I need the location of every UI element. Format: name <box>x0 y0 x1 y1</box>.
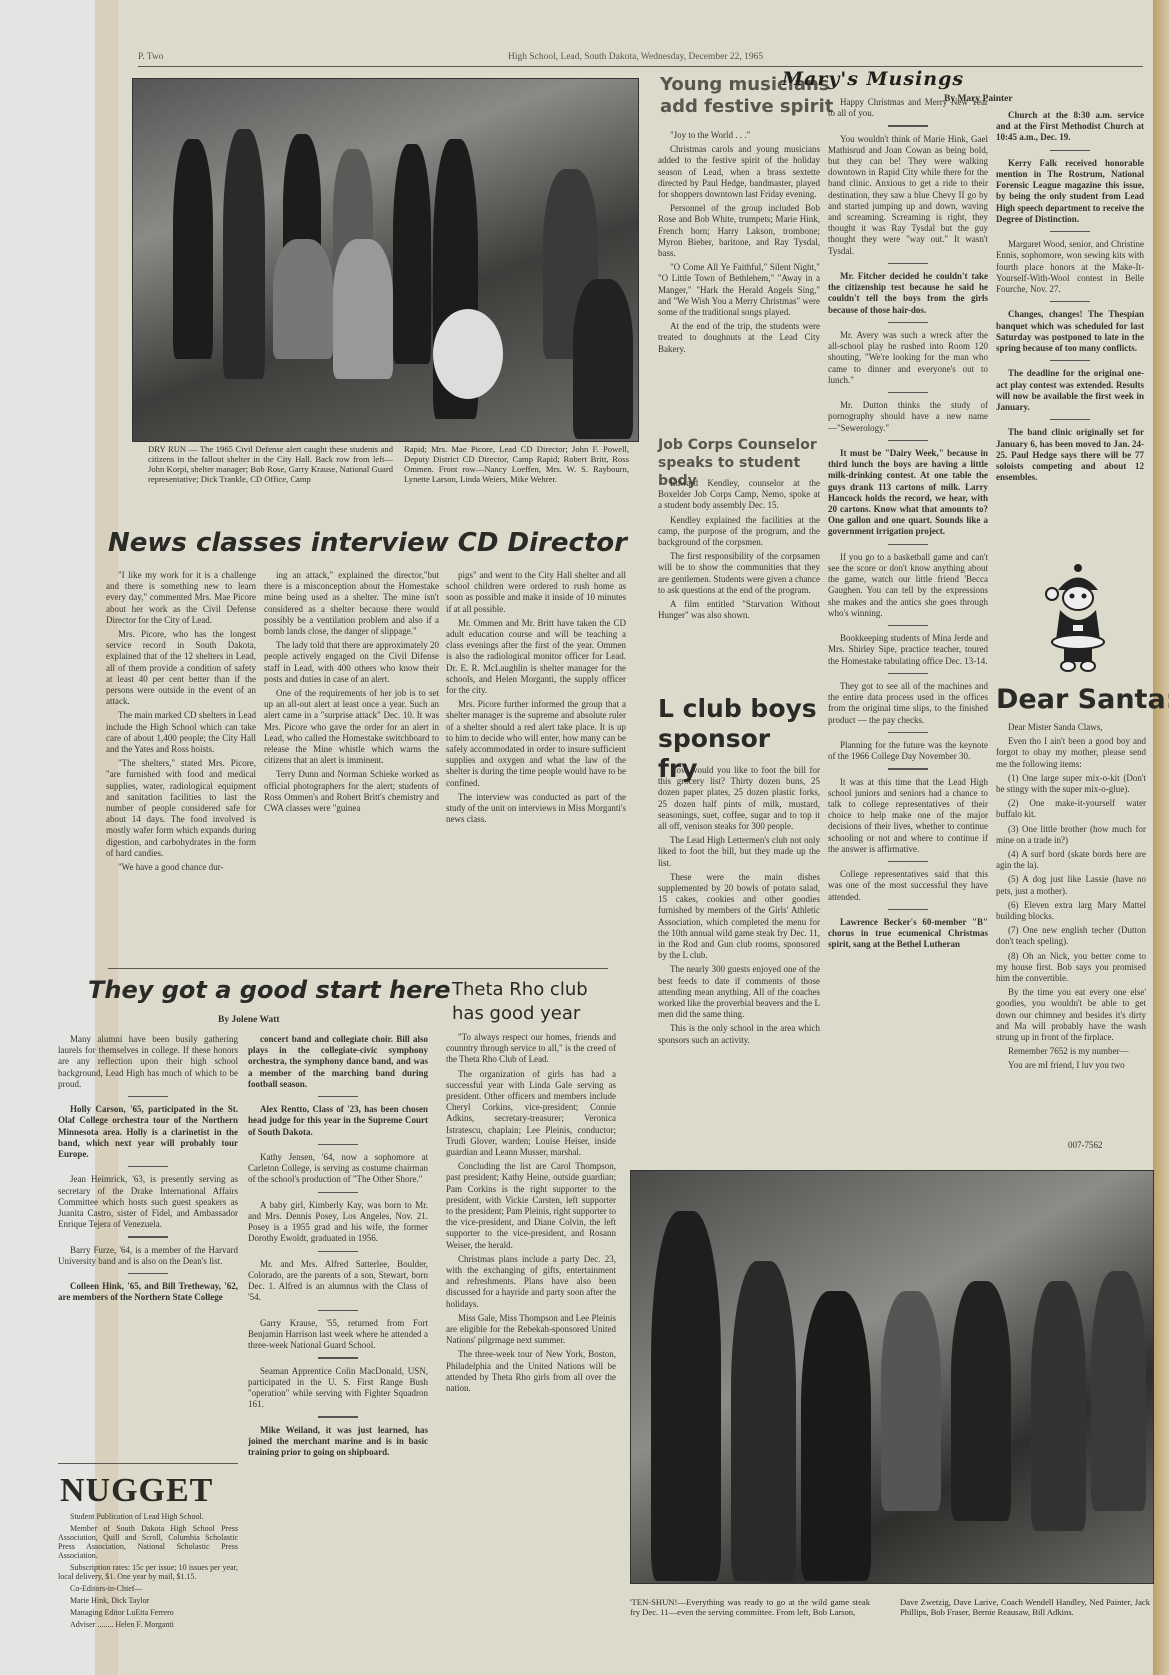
paragraph-divider <box>888 322 928 323</box>
paragraph: A film entitled "Starvation Without Hung… <box>658 599 820 621</box>
paragraph: Barry Furze, '64, is a member of the Har… <box>58 1245 238 1267</box>
paragraph: Changes, changes! The Thespian banquet w… <box>996 309 1144 354</box>
section-divider <box>108 968 608 969</box>
paragraph: Even tho I ain't been a good boy and for… <box>996 736 1146 770</box>
paragraph-divider <box>318 1357 358 1358</box>
paragraph: Mr. Dutton thinks the study of pornograp… <box>828 400 988 434</box>
paragraph: Managing Editor LuEtta Ferrero <box>58 1608 238 1617</box>
paragraph: (8) Oh an Nick, you better come to my ho… <box>996 951 1146 985</box>
bottom-photo-caption-left: 'TEN-SHUN!—Everything was ready to go at… <box>630 1597 870 1617</box>
alumni-headline: They got a good start here <box>88 976 451 1004</box>
paragraph: Member of South Dakota High School Press… <box>58 1524 238 1560</box>
paragraph: (2) One make-it-yourself water buffalo k… <box>996 798 1146 820</box>
paragraph: Margaret Wood, senior, and Christine Enn… <box>996 239 1144 295</box>
paragraph: "We have a good chance dur- <box>106 862 256 873</box>
paragraph: Marie Hink, Dick Taylor <box>58 1596 238 1605</box>
paragraph-divider <box>888 861 928 862</box>
paragraph: The nearly 300 guests enjoyed one of the… <box>658 964 820 1020</box>
paragraph-divider <box>318 1416 358 1417</box>
paragraph: The lady told that there are approximate… <box>264 640 439 685</box>
lclub-body: How would you like to foot the bill for … <box>658 765 820 1049</box>
paragraph: Mr. Avery was such a wreck after the all… <box>828 330 988 386</box>
paragraph: Holly Carson, '65, participated in the S… <box>58 1104 238 1160</box>
paragraph-divider <box>1050 231 1090 232</box>
paragraph: Kathy Jensen, '64, now a sophomore at Ca… <box>248 1152 428 1186</box>
running-head: P. Two High School, Lead, South Dakota, … <box>138 50 1143 67</box>
paragraph: At the end of the trip, the students wer… <box>658 321 820 355</box>
paragraph-divider <box>318 1310 358 1311</box>
paragraph-divider <box>128 1096 168 1097</box>
paragraph: The three-week tour of New York, Boston,… <box>446 1349 616 1394</box>
paragraph-divider <box>318 1096 358 1097</box>
paragraph: Kendley explained the facilities at the … <box>658 515 820 549</box>
top-photo-caption-left: DRY RUN — The 1965 Civil Defense alert c… <box>148 444 393 484</box>
paragraph: The interview was conducted as part of t… <box>446 792 626 826</box>
paragraph-divider <box>1050 301 1090 302</box>
paragraph-divider <box>128 1166 168 1167</box>
alumni-byline: By Jolene Watt <box>218 1015 280 1025</box>
paragraph: The deadline for the original one-act pl… <box>996 368 1144 413</box>
cd-article-col1: "I like my work for it is a challenge an… <box>106 570 256 876</box>
nugget-top-rule <box>58 1463 238 1464</box>
paragraph: (1) One large super mix-o-kit (Don't be … <box>996 773 1146 795</box>
paragraph-divider <box>318 1251 358 1252</box>
paragraph: This is the only school in the area whic… <box>658 1023 820 1045</box>
dear-santa-headline: Dear Santa: <box>996 684 1169 715</box>
paragraph: How would you like to foot the bill for … <box>658 765 820 832</box>
paragraph-divider <box>888 440 928 441</box>
paragraph: Personnel of the group included Bob Rose… <box>658 203 820 259</box>
masthead-line: High School, Lead, South Dakota, Wednesd… <box>508 52 763 62</box>
paragraph: The organization of girls has had a succ… <box>446 1069 616 1159</box>
paragraph-divider <box>888 732 928 733</box>
paragraph: Planning for the future was the keynote … <box>828 740 988 762</box>
cd-article-headline: News classes interview CD Director <box>108 528 627 558</box>
paragraph: (4) A surf bord (skate bords here are ag… <box>996 849 1146 871</box>
paragraph-divider <box>888 909 928 910</box>
paragraph: Student Publication of Lead High School. <box>58 1512 238 1521</box>
paragraph: "I like my work for it is a challenge an… <box>106 570 256 626</box>
paragraph-divider <box>318 1192 358 1193</box>
binder-background <box>0 0 95 1675</box>
paragraph: Christmas carols and young musicians add… <box>658 144 820 200</box>
paragraph: Garry Krause, '55, returned from Fort Be… <box>248 1318 428 1352</box>
paragraph: "To always respect our homes, friends an… <box>446 1032 616 1066</box>
paragraph: Many alumni have been busily gathering l… <box>58 1034 238 1090</box>
musicians-body: "Joy to the World . . ."Christmas carols… <box>658 130 820 358</box>
paragraph: They got to see all of the machines and … <box>828 681 988 726</box>
paragraph: One of the requirements of her job is to… <box>264 688 439 766</box>
paragraph-divider <box>1050 360 1090 361</box>
paragraph: Remember 7652 is my number— <box>996 1046 1146 1057</box>
paragraph: Co-Editors-in-Chief— <box>58 1584 238 1593</box>
theta-rho-headline: Theta Rho club has good year <box>452 978 602 1026</box>
paragraph: Mr. Ommen and Mr. Britt have taken the C… <box>446 618 626 696</box>
newspaper-page: P. Two High School, Lead, South Dakota, … <box>118 0 1153 1675</box>
paragraph: By the time you eat every one else' good… <box>996 987 1146 1043</box>
paragraph: You are mI friend, I luv you two <box>996 1060 1146 1071</box>
paragraph-divider <box>888 392 928 393</box>
paragraph-divider <box>318 1144 358 1145</box>
theta-rho-body: "To always respect our homes, friends an… <box>446 1032 616 1397</box>
paragraph-divider <box>888 125 928 126</box>
musings-title: Mary's Musings <box>782 68 964 90</box>
paragraph: Kerry Falk received honorable mention in… <box>996 158 1144 225</box>
bottom-photo-caption-right: Dave Zwetzig, Dave Larive, Coach Wendell… <box>900 1597 1150 1617</box>
paragraph: "Joy to the World . . ." <box>658 130 820 141</box>
musings-col2: Church at the 8:30 a.m. service and at t… <box>996 110 1144 486</box>
dear-santa-body: Dear Mister Sanda Claws,Even tho I ain't… <box>996 722 1146 1075</box>
paragraph: Miss Gale, Miss Thompson and Lee Pleinis… <box>446 1313 616 1347</box>
paragraph: "O Come All Ye Faithful," Silent Night,"… <box>658 262 820 318</box>
paragraph: Colleen Hink, '65, and Bill Tretheway, '… <box>58 1281 238 1303</box>
paragraph-divider <box>888 625 928 626</box>
paragraph: Concluding the list are Carol Thompson, … <box>446 1161 616 1251</box>
paragraph: concert band and collegiate choir. Bill … <box>248 1034 428 1090</box>
steak-fry-photo <box>630 1170 1154 1584</box>
cd-article-col2: ing an attack," explained the director,"… <box>264 570 439 817</box>
paragraph: Christmas plans include a party Dec. 23,… <box>446 1254 616 1310</box>
page-label: P. Two <box>138 52 164 62</box>
paragraph: Lawrence Becker's 60-member "B" chorus i… <box>828 917 988 951</box>
top-photo-caption-right: Rapid; Mrs. Mae Picore, Lead CD Director… <box>404 444 629 484</box>
paragraph-divider <box>1050 150 1090 151</box>
nugget-info: Student Publication of Lead High School.… <box>58 1512 238 1632</box>
paragraph: These were the main dishes supplemented … <box>658 872 820 962</box>
paragraph: The first responsibility of the corpsame… <box>658 551 820 596</box>
paragraph: Mrs. Picore further informed the group t… <box>446 699 626 789</box>
paragraph: Mrs. Picore, who has the longest service… <box>106 629 256 707</box>
dear-santa-signature: 007-7562 <box>1068 1140 1148 1151</box>
paragraph: Dear Mister Sanda Claws, <box>996 722 1146 733</box>
paragraph: Subscription rates: 15c per issue; 10 is… <box>58 1563 238 1581</box>
paragraph: It was at this time that the Lead High s… <box>828 777 988 855</box>
paragraph: Happy Christmas and Merry New Year to al… <box>828 97 988 119</box>
paragraph: If you go to a basketball game and can't… <box>828 552 988 619</box>
paragraph: ing an attack," explained the director,"… <box>264 570 439 637</box>
paragraph-divider <box>888 544 928 545</box>
paragraph: The Lead High Lettermen's club not only … <box>658 835 820 869</box>
paragraph: (3) One little brother (how much for min… <box>996 824 1146 846</box>
paragraph: A baby girl, Kimberly Kay, was born to M… <box>248 1200 428 1245</box>
paragraph: Church at the 8:30 a.m. service and at t… <box>996 110 1144 144</box>
paragraph: The band clinic originally set for Janua… <box>996 427 1144 483</box>
paragraph: Bookkeeping students of Mina Jerde and M… <box>828 633 988 667</box>
paragraph: Alex Rentto, Class of '23, has been chos… <box>248 1104 428 1138</box>
alumni-col2: concert band and collegiate choir. Bill … <box>248 1034 428 1461</box>
civil-defense-photo <box>132 78 639 442</box>
paragraph: Mike Weiland, it was just learned, has j… <box>248 1425 428 1459</box>
paragraph: It must be "Dairy Week," because in thir… <box>828 448 988 538</box>
paragraph: Seaman Apprentice Colin MacDonald, USN, … <box>248 1366 428 1411</box>
alumni-col1: Many alumni have been busily gathering l… <box>58 1034 238 1307</box>
paragraph-divider <box>888 673 928 674</box>
paragraph: You wouldn't think of Marie Hink, Gael M… <box>828 134 988 257</box>
job-corps-body: Edward Kendley, counselor at the Boxelde… <box>658 478 820 624</box>
paragraph: "The shelters," stated Mrs. Picore, "are… <box>106 758 256 859</box>
paragraph-divider <box>888 768 928 769</box>
musings-col1: Happy Christmas and Merry New Year to al… <box>828 97 988 954</box>
paragraph: (7) One new english techer (Dutton don't… <box>996 925 1146 947</box>
paragraph: College representatives said that this w… <box>828 869 988 903</box>
paragraph: (5) A dog just like Lassie (have no pets… <box>996 874 1146 896</box>
paragraph: Terry Dunn and Norman Schieke worked as … <box>264 769 439 814</box>
paragraph-divider <box>888 263 928 264</box>
paragraph: The main marked CD shelters in Lead incl… <box>106 710 256 755</box>
paragraph-divider <box>128 1236 168 1237</box>
paragraph: Jean Heimrick, '63, is presently serving… <box>58 1174 238 1230</box>
cd-article-col3: pigs" and went to the City Hall shelter … <box>446 570 626 828</box>
paragraph: Mr. Fitcher decided he couldn't take the… <box>828 271 988 316</box>
paragraph: Mr. and Mrs. Alfred Satterlee, Boulder, … <box>248 1259 428 1304</box>
paragraph: Edward Kendley, counselor at the Boxelde… <box>658 478 820 512</box>
paragraph: pigs" and went to the City Hall shelter … <box>446 570 626 615</box>
paragraph: (6) Eleven extra larg Mary Mattel buildi… <box>996 900 1146 922</box>
paragraph-divider <box>128 1273 168 1274</box>
santa-claus-icon <box>1038 560 1118 675</box>
paragraph-divider <box>1050 419 1090 420</box>
paragraph: Adviser ........ Helen F. Morganti <box>58 1620 238 1629</box>
nugget-title: NUGGET <box>60 1472 213 1510</box>
